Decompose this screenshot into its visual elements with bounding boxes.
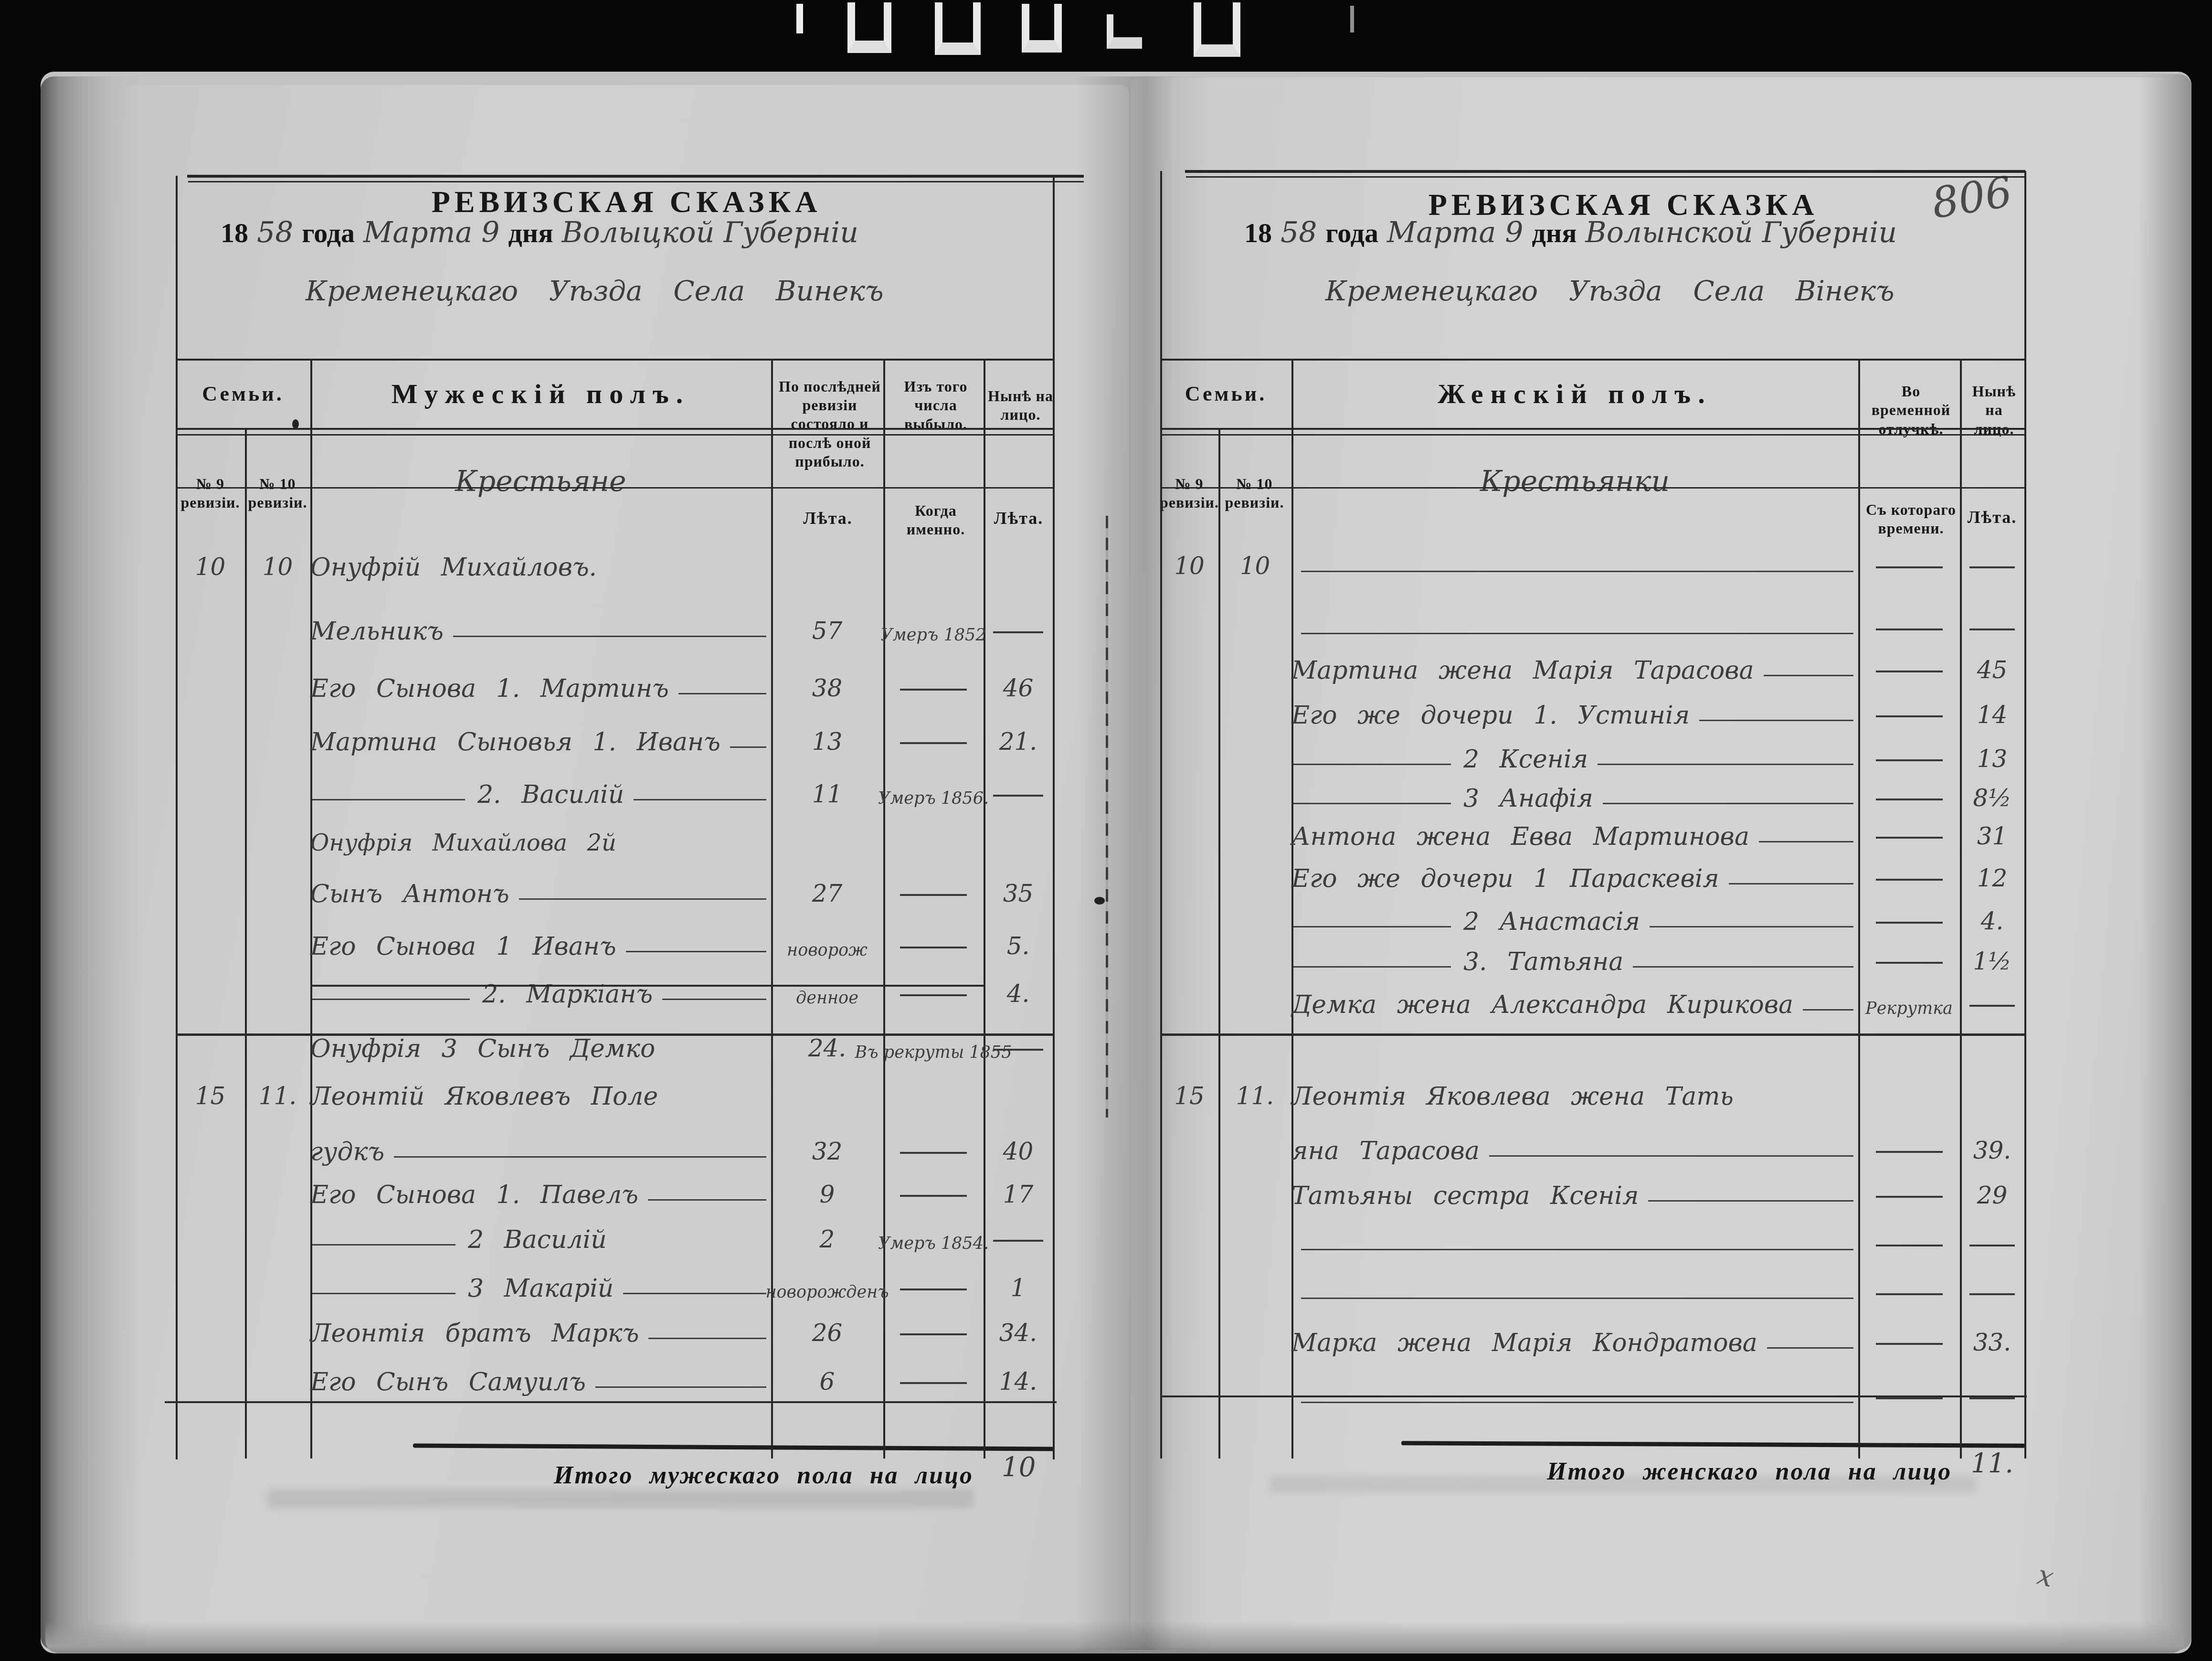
printed-year-prefix: 18 xyxy=(221,217,248,248)
person-entry: Демка жена Александра Кирикова xyxy=(1291,992,1793,1018)
family-separator-rule xyxy=(176,1033,1053,1036)
cell-value: 10 xyxy=(1174,552,1205,580)
bleedthrough-smudge xyxy=(267,1489,974,1508)
filler-rule xyxy=(1767,1347,1853,1349)
table-row: Его же дочери 1. Устинія14 xyxy=(0,679,2212,729)
table-rule xyxy=(176,428,1053,430)
column-header-female: Женскій полъ. xyxy=(1291,360,1858,428)
table-row xyxy=(0,1361,2212,1411)
filler-rule xyxy=(1648,1200,1853,1202)
filler-rule xyxy=(1764,675,1853,676)
leading-dash xyxy=(1293,966,1451,968)
filler-rule xyxy=(1803,1009,1853,1011)
film-mark-icon xyxy=(1107,14,1142,49)
film-mark-icon xyxy=(1022,4,1062,53)
column-header-departed: Изъ того числа выбыло. xyxy=(885,361,986,450)
ditto-dash xyxy=(1969,566,2015,568)
ditto-dash xyxy=(1876,566,1943,568)
ditto-dash xyxy=(1876,1397,1943,1399)
table-row: 3. Татьяна1½ xyxy=(0,926,2212,975)
table-rule xyxy=(1160,428,2024,430)
filler-rule xyxy=(1633,966,1853,968)
subheader-class: Крестьяне xyxy=(310,438,771,524)
table-row: 1511.Леонтія Яковлева жена Тать xyxy=(0,1060,2212,1110)
ditto-dash xyxy=(1876,715,1943,717)
ink-dot xyxy=(292,419,299,429)
column-header-prev-revision: По послѣдней ревизіи состояло и послѣ он… xyxy=(773,361,886,488)
printed-of-year: года xyxy=(302,217,355,248)
province-script: Волынской Губерніи xyxy=(1586,216,1897,249)
ditto-dash xyxy=(1876,879,1943,881)
year-script: 58 xyxy=(1281,216,1317,249)
cell-value: 33. xyxy=(1973,1329,2011,1356)
table-row xyxy=(0,1208,2212,1258)
person-entry: Марка жена Марія Кондратова xyxy=(1291,1330,1757,1356)
column-header-present: Нынѣ на лицо. xyxy=(1962,361,2026,460)
table-row xyxy=(0,1257,2212,1307)
film-mark-icon xyxy=(1194,2,1240,57)
person-entry: Онуфрія 3 Сынъ Демко xyxy=(310,1036,655,1062)
month-day-script: Марта 9 xyxy=(363,216,500,249)
cell-value: 24. xyxy=(808,1034,847,1062)
page-title: РЕВИЗСКАЯ СКАЗКА xyxy=(244,184,1008,220)
ditto-dash xyxy=(1876,1293,1943,1295)
column-header-family: Семьи. xyxy=(1160,360,1291,428)
table-row: Марка жена Марія Кондратова33. xyxy=(0,1307,2212,1356)
table-row: яна Тарасова39. xyxy=(0,1115,2212,1164)
table-rule xyxy=(187,175,1084,178)
ditto-dash xyxy=(1876,759,1943,761)
ditto-dash xyxy=(1876,1245,1943,1246)
printed-year-prefix: 18 xyxy=(1244,217,1272,248)
ditto-dash xyxy=(1876,1151,1943,1153)
column-header-family: Семьи. xyxy=(176,360,310,428)
column-header-absence: Во временной отлучкѣ. xyxy=(1860,361,1962,460)
ditto-dash xyxy=(1969,1245,2015,1246)
ditto-dash xyxy=(1876,922,1943,924)
cell-value: 11. xyxy=(1236,1082,1274,1110)
cell-value: 15 xyxy=(1174,1082,1205,1110)
printed-of-year: года xyxy=(1325,217,1378,248)
total-value: 11. xyxy=(1971,1448,2013,1479)
ditto-dash xyxy=(1876,671,1943,672)
filler-rule xyxy=(1301,1298,1853,1299)
ditto-dash xyxy=(1876,1196,1943,1198)
film-mark-icon xyxy=(1350,6,1354,32)
filler-rule xyxy=(1489,1155,1853,1157)
subheader-class: Крестьянки xyxy=(1291,438,1858,524)
date-line: 1858годаМарта 9дняВолыцкой Губерніи xyxy=(221,216,867,249)
filler-rule xyxy=(1301,571,1853,572)
ditto-dash xyxy=(1969,1293,2015,1295)
cell-value: 10 xyxy=(1240,552,1270,580)
column-header-present: Нынѣ на лицо. xyxy=(985,361,1056,450)
filler-rule xyxy=(1301,1402,1853,1403)
ditto-dash xyxy=(1969,1005,2015,1007)
total-value: 10 xyxy=(1002,1452,1036,1483)
table-row: Демка жена Александра КириковаРекрутка xyxy=(0,969,2212,1018)
bleedthrough-smudge xyxy=(1270,1476,1977,1493)
section-rule xyxy=(1160,1395,2027,1397)
total-label: Итого мужескаго пола на лицо xyxy=(554,1461,974,1490)
table-rule xyxy=(176,434,1053,436)
cell-value: Рекрутка xyxy=(1865,999,1953,1018)
ditto-dash xyxy=(1969,628,2015,630)
table-rule xyxy=(1160,359,2024,361)
ditto-dash xyxy=(1876,837,1943,839)
film-mark-icon xyxy=(935,2,981,55)
date-line: 1858годаМарта 9дняВолынской Губерніи xyxy=(1244,216,1905,249)
ditto-dash xyxy=(1876,1343,1943,1345)
ditto-dash xyxy=(1876,628,1943,630)
table-rule xyxy=(1185,170,2025,173)
table-rule xyxy=(176,359,1053,361)
place-line: Кременецкаго Уѣзда Села Вінекъ xyxy=(1325,275,1894,307)
year-script: 58 xyxy=(257,216,293,249)
film-mark-icon xyxy=(847,2,891,53)
month-day-script: Марта 9 xyxy=(1387,216,1524,249)
table-row: Мартина жена Марія Тарасова45 xyxy=(0,634,2212,684)
table-row: Татьяны сестра Ксенія29 xyxy=(0,1160,2212,1209)
filler-rule xyxy=(1729,883,1853,884)
table-rule xyxy=(176,487,1053,489)
printed-of-day: дня xyxy=(1532,217,1577,248)
film-mark-icon xyxy=(796,4,803,33)
filler-rule xyxy=(1301,1249,1853,1250)
printed-of-day: дня xyxy=(508,217,553,248)
table-rule xyxy=(1160,487,2024,489)
cell-value: 29 xyxy=(1977,1182,2008,1209)
filler-rule xyxy=(1699,720,1853,721)
ditto-dash xyxy=(993,1049,1043,1051)
table-rule xyxy=(188,181,1084,182)
column-header-male: Мужескій полъ. xyxy=(310,360,771,428)
province-script: Волыцкой Губерніи xyxy=(562,216,858,249)
ditto-dash xyxy=(1876,962,1943,964)
table-row: 1010 xyxy=(0,530,2212,580)
person-entry: Леонтія Яковлева жена Тать xyxy=(1291,1084,1734,1110)
table-rule xyxy=(1186,176,2025,178)
person-entry: Татьяны сестра Ксенія xyxy=(1291,1183,1639,1209)
place-line: Кременецкаго Уѣзда Села Винекъ xyxy=(306,275,884,307)
family-separator-rule xyxy=(1160,1033,2024,1036)
table-rule xyxy=(1160,434,2024,436)
table-row: Его же дочери 1 Параскевія12 xyxy=(0,842,2212,892)
microfilm-scan: 806 РЕВИЗСКАЯ СКАЗКА 1858годаМарта 9дняВ… xyxy=(0,0,2212,1661)
ditto-dash xyxy=(1969,1397,2015,1399)
